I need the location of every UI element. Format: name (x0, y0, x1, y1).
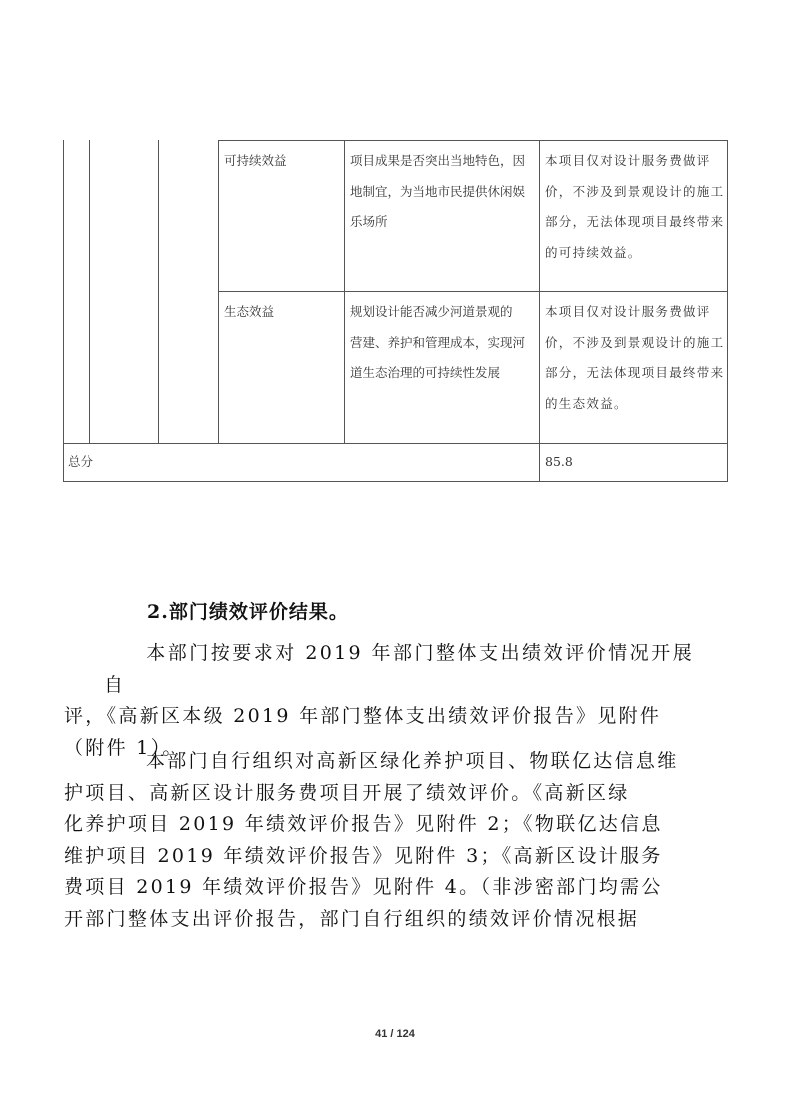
note-cell: 本项目仅对设计服务费做评 价，不涉及到景观设计的施工 部分，无法体现项目最终带来… (545, 146, 724, 268)
criterion-line: 地制宜，为当地市民提供休闲娱 (350, 177, 525, 208)
criterion-line: 项目成果是否突出当地特色，因 (350, 146, 525, 177)
paragraph-line: 开部门整体支出评价报告，部门自行组织的绩效评价情况根据 (64, 904, 694, 936)
criterion-line: 道生态治理的可持续性发展 (350, 358, 525, 389)
page-number: 41 / 124 (0, 1028, 790, 1040)
note-line: 本项目仅对设计服务费做评 (545, 146, 724, 177)
paragraph-line: 护项目、高新区设计服务费项目开展了绩效评价。《高新区绿 (64, 778, 694, 810)
note-line: 部分，无法体现项目最终带来 (545, 358, 724, 389)
table-col-divider (158, 140, 159, 443)
note-cell: 本项目仅对设计服务费做评 价，不涉及到景观设计的施工 部分，无法体现项目最终带来… (545, 297, 724, 419)
total-score: 85.8 (545, 447, 573, 478)
paragraph-line: 本部门按要求对 2019 年部门整体支出绩效评价情况开展自 (104, 638, 694, 701)
table-border-right (727, 140, 728, 481)
criterion-cell: 项目成果是否突出当地特色，因 地制宜，为当地市民提供休闲娱 乐场所 (350, 146, 525, 238)
paragraph-line: 维护项目 2019 年绩效评价报告》见附件 3；《高新区设计服务 (64, 841, 694, 873)
criterion-line: 乐场所 (350, 207, 525, 238)
criterion-line: 规划设计能否减少河道景观的 (350, 297, 525, 328)
table-border-bottom (63, 481, 728, 482)
note-line: 的可持续效益。 (545, 238, 724, 269)
paragraph-line: 评，《高新区本级 2019 年部门整体支出绩效评价报告》见附件 (64, 701, 694, 733)
table-row-divider (218, 140, 728, 141)
indicator-cell: 可持续效益 (224, 146, 287, 177)
paragraph-line: 费项目 2019 年绩效评价报告》见附件 4。（非涉密部门均需公 (64, 872, 694, 904)
table-col-divider (539, 140, 540, 481)
paragraph-line: 化养护项目 2019 年绩效评价报告》见附件 2；《物联亿达信息 (64, 809, 694, 841)
paragraph-2: 本部门自行组织对高新区绿化养护项目、物联亿达信息维 护项目、高新区设计服务费项目… (104, 746, 694, 935)
table-row-divider (63, 443, 728, 444)
criterion-line: 营建、养护和管理成本，实现河 (350, 328, 525, 359)
table-row-divider (218, 291, 728, 292)
note-line: 本项目仅对设计服务费做评 (545, 297, 724, 328)
indicator-cell: 生态效益 (224, 297, 274, 328)
note-line: 部分，无法体现项目最终带来 (545, 207, 724, 238)
total-label: 总分 (68, 447, 93, 478)
paragraph-line: 本部门自行组织对高新区绿化养护项目、物联亿达信息维 (104, 746, 694, 778)
table-col-divider (89, 140, 90, 443)
note-line: 的生态效益。 (545, 389, 724, 420)
table-border-left (63, 140, 64, 481)
note-line: 价，不涉及到景观设计的施工 (545, 177, 724, 208)
criterion-cell: 规划设计能否减少河道景观的 营建、养护和管理成本，实现河 道生态治理的可持续性发… (350, 297, 525, 389)
note-line: 价，不涉及到景观设计的施工 (545, 328, 724, 359)
section-heading: 2.部门绩效评价结果。 (147, 597, 349, 624)
